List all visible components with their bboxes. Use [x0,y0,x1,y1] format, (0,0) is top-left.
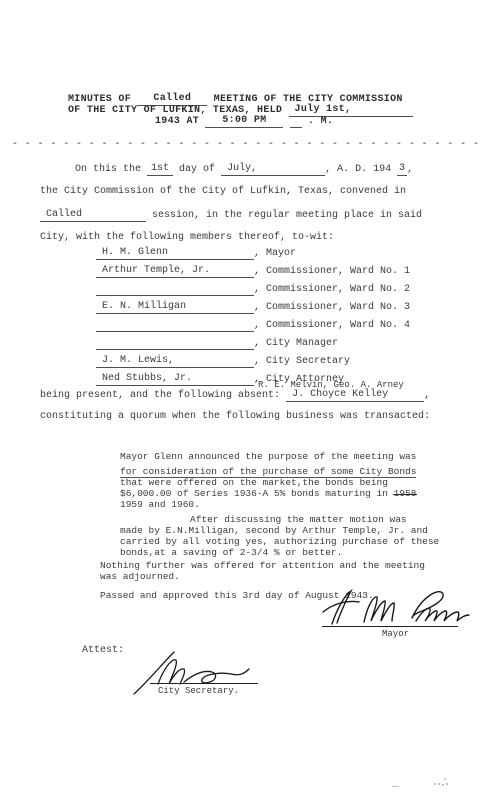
roster-row-city-secretary: J. M. Lewis,, City Secretary [96,355,350,368]
month-value: July, [227,163,257,174]
bonds-line-2: that were offered on the market,the bond… [120,477,388,489]
role-label: City Manager [266,338,338,349]
bonds-text: $6,000.00 of Series 1936-A 5% bonds matu… [120,488,388,499]
name-blank: E. N. Milligan [96,301,254,314]
year-digit-blank: 3 [397,163,407,176]
header-year-at: 1943 AT [155,116,199,127]
bonds-line-3: $6,000.00 of Series 1936-A 5% bonds matu… [120,488,416,500]
role-label: Commissioner, Ward No. 2 [266,284,410,295]
separator-comma: , [254,302,260,313]
closing-line-2: was adjourned. [100,571,180,583]
present-absent-line: being present, and the following absent:… [40,389,430,402]
separator-comma: , [254,356,260,367]
month-blank: July, [221,163,325,176]
struck-year: 1958 [394,488,417,499]
scan-artifact [434,783,436,785]
name-blank [96,283,254,296]
roster-row-mayor: H. M. Glenn, Mayor [96,247,296,260]
opening-text: , [407,164,413,175]
meeting-time-value: 5:00 PM [222,115,266,126]
name-blank: J. M. Lewis, [96,355,254,368]
mayor-title-label: Mayor [382,628,409,640]
role-label: Commissioner, Ward No. 4 [266,320,410,331]
roster-row-ward1: Arthur Temple, Jr., Commissioner, Ward N… [96,265,410,278]
dashed-separator: - - - - - - - - - - - - - - - - - - - - … [12,139,483,151]
motion-line-3: carried by all voting yes, authorizing p… [120,536,439,548]
separator-comma: , [254,266,260,277]
roster-row-ward3: E. N. Milligan, Commissioner, Ward No. 3 [96,301,410,314]
opening-line-4: City, with the following members thereof… [40,232,334,244]
quorum-line: constituting a quorum when the following… [40,411,430,423]
bonds-line-1: for consideration of the purchase of som… [120,466,416,478]
opening-text: session, in the regular meeting place in… [152,210,422,221]
purpose-line: Mayor Glenn announced the purpose of the… [120,451,416,463]
opening-text: On this the [75,164,141,175]
attest-label: Attest: [82,645,124,657]
scanned-minutes-page: MINUTES OF Called MEETING OF THE CITY CO… [0,0,483,800]
meeting-date-value: July 1st, [295,104,352,115]
day-blank: 1st [147,163,173,176]
separator-comma: , [254,320,260,331]
meeting-type-value: Called [153,93,191,104]
roster-row-ward4: , Commissioner, Ward No. 4 [96,319,410,332]
separator-comma: , [254,284,260,295]
separator-comma: , [424,390,430,401]
motion-line-4: bonds,at a saving of 2-3/4 % or better. [120,547,342,559]
opening-line-3: Called session, in the regular meeting p… [40,209,422,222]
mayor-signature [318,588,470,630]
motion-line-1: After discussing the matter motion was [190,514,407,526]
present-text: being present, and the following absent: [40,390,280,401]
name-blank: Ned Stubbs, Jr. [96,373,254,386]
scan-artifact [392,786,399,787]
secretary-title-label: City Secretary. [158,685,239,697]
secretary-signature-line [150,683,258,684]
opening-text: , A. D. 194 [325,164,391,175]
closing-line-1: Nothing further was offered for attentio… [100,560,425,572]
roster-row-ward2: , Commissioner, Ward No. 2 [96,283,410,296]
role-label: City Secretary [266,356,350,367]
opening-text: day of [179,164,215,175]
name-value: Ned Stubbs, Jr. [102,373,192,384]
header-m-suffix: . M. [308,116,333,127]
name-value: J. M. Lewis, [102,355,174,366]
role-label: Commissioner, Ward No. 3 [266,302,410,313]
separator-comma: , [254,338,260,349]
name-value: Arthur Temple, Jr. [102,265,210,276]
name-blank: Arthur Temple, Jr. [96,265,254,278]
header-line-3: 1943 AT 5:00 PM . M. [155,115,333,128]
opening-line-2: the City Commission of the City of Lufki… [40,186,406,198]
motion-line-2: made by E.N.Milligan, second by Arthur T… [120,525,428,537]
mayor-signature-line [322,626,458,627]
name-value: E. N. Milligan [102,301,186,312]
year-digit-value: 3 [399,163,405,174]
separator-comma: , [254,248,260,259]
absent-name-value: J. Choyce Kelley [292,389,388,400]
meeting-time-blank: 5:00 PM [205,115,283,128]
name-blank: H. M. Glenn [96,247,254,260]
name-blank [96,337,254,350]
meridiem-blank [290,115,302,128]
opening-line-1: On this the 1st day of July,, A. D. 194 … [75,163,413,176]
name-blank [96,319,254,332]
role-label: Commissioner, Ward No. 1 [266,266,410,277]
role-label: Mayor [266,248,296,259]
bonds-line-4: 1959 and 1960. [120,499,200,511]
name-value: H. M. Glenn [102,247,168,258]
absent-name-blank: J. Choyce Kelley [286,389,424,402]
session-type-blank: Called [40,209,146,222]
roster-row-city-manager: , City Manager [96,337,338,350]
session-type-value: Called [46,209,82,220]
day-value: 1st [151,163,169,174]
